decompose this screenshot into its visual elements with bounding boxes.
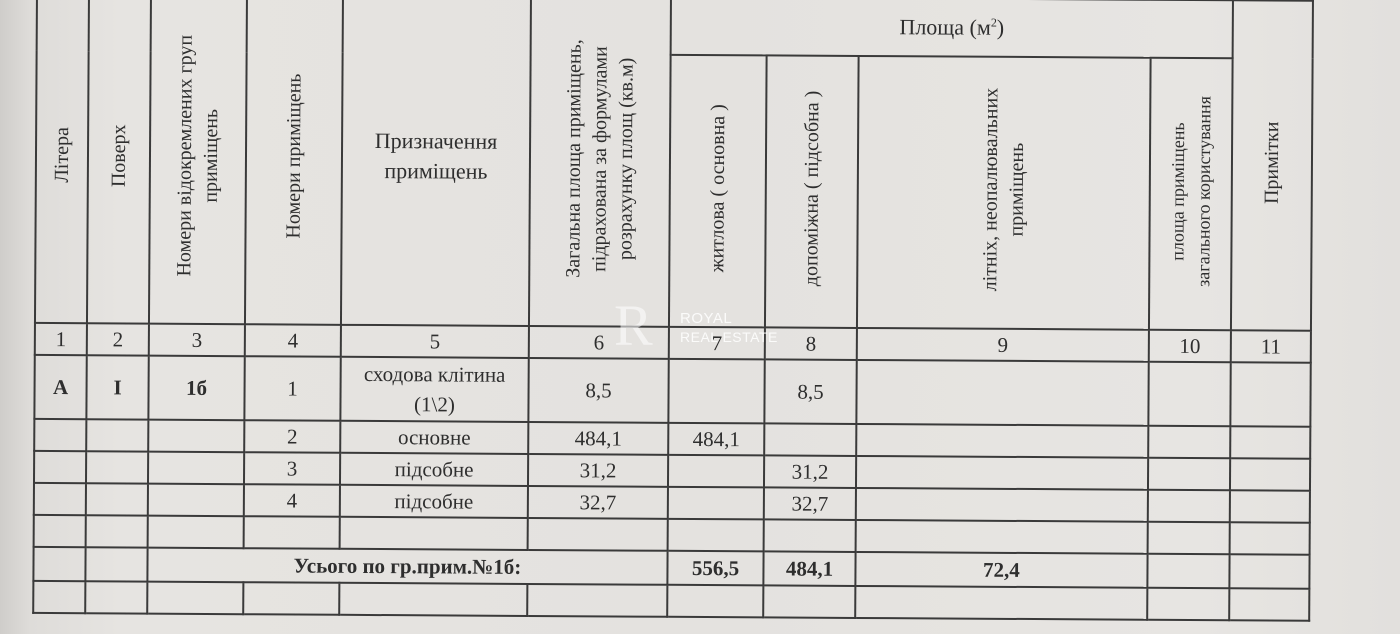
header-litera: Літера bbox=[35, 0, 89, 323]
cell-total: 32,7 bbox=[528, 486, 668, 519]
col-num: 7 bbox=[669, 327, 765, 360]
cell-empty bbox=[1229, 554, 1309, 588]
header-notes: Примітки bbox=[1231, 0, 1313, 330]
cell-notes bbox=[1230, 458, 1310, 490]
total-total-area: 556,5 bbox=[667, 551, 763, 586]
cell-empty bbox=[763, 585, 855, 618]
cell-notes bbox=[1230, 426, 1310, 458]
cell-floor bbox=[86, 515, 148, 547]
cell-empty bbox=[1229, 588, 1309, 620]
cell-empty bbox=[243, 582, 339, 615]
col-num: 3 bbox=[149, 324, 245, 357]
col-num: 5 bbox=[341, 325, 529, 358]
cell-common bbox=[1148, 522, 1230, 555]
cell-litera bbox=[34, 515, 86, 547]
cell-empty bbox=[667, 585, 763, 618]
cell-floor: I bbox=[86, 355, 148, 419]
cell-litera: А bbox=[34, 355, 86, 419]
cell-summer bbox=[856, 488, 1148, 522]
cell-common bbox=[1148, 490, 1230, 523]
cell-total bbox=[528, 518, 668, 551]
cell-notes bbox=[1230, 490, 1310, 522]
cell-empty bbox=[85, 547, 147, 581]
cell-litera bbox=[34, 483, 86, 515]
cell-living bbox=[668, 519, 764, 552]
cell-summer bbox=[856, 360, 1148, 426]
cell-empty bbox=[147, 582, 243, 615]
total-living-area: 484,1 bbox=[763, 551, 855, 586]
header-living: житлова ( основна ) bbox=[669, 55, 767, 328]
cell-auxiliary: 32,7 bbox=[764, 487, 856, 520]
cell-floor bbox=[86, 483, 148, 515]
cell-purpose: підсобне bbox=[340, 453, 528, 486]
total-label: Усього по гр.прим.№1б: bbox=[147, 548, 667, 585]
table-row: А I 1б 1 сходова клітина (1\2) 8,5 8,5 bbox=[34, 355, 1310, 427]
cell-total: 8,5 bbox=[528, 358, 668, 423]
cell-living bbox=[668, 359, 764, 424]
cell-empty bbox=[339, 583, 527, 616]
col-num: 4 bbox=[245, 324, 341, 357]
cell-floor bbox=[86, 451, 148, 483]
cell-empty bbox=[855, 586, 1147, 620]
cell-purpose bbox=[340, 517, 528, 550]
col-num: 10 bbox=[1149, 330, 1231, 363]
cell-room: 3 bbox=[244, 452, 340, 485]
cell-auxiliary bbox=[764, 519, 856, 552]
col-num: 2 bbox=[87, 323, 149, 355]
cell-living bbox=[668, 487, 764, 520]
header-total-area: Загальна площа приміщень, підрахована за… bbox=[529, 0, 671, 327]
cell-group: 1б bbox=[148, 356, 244, 421]
header-auxiliary: допоміжна ( підсобна ) bbox=[765, 55, 859, 328]
cell-summer bbox=[856, 520, 1148, 554]
cell-litera bbox=[34, 419, 86, 451]
cell-summer bbox=[856, 456, 1148, 490]
cell-group bbox=[148, 484, 244, 517]
cell-purpose: основне bbox=[340, 421, 528, 454]
cell-total: 484,1 bbox=[528, 422, 668, 455]
cell-common bbox=[1148, 426, 1230, 459]
cell-living bbox=[668, 455, 764, 488]
cell-living: 484,1 bbox=[668, 423, 764, 456]
header-group-numbers: Номери відокремлених груп приміщень bbox=[149, 0, 247, 324]
cell-floor bbox=[86, 419, 148, 451]
cell-group bbox=[148, 452, 244, 485]
cell-common bbox=[1148, 458, 1230, 491]
header-row-top: Літера Поверх Номери відокремлених груп … bbox=[37, 0, 1313, 59]
explication-table: Літера Поверх Номери відокремлених груп … bbox=[32, 0, 1314, 622]
cell-summer bbox=[856, 424, 1148, 458]
total-auxiliary-area: 72,4 bbox=[855, 552, 1147, 588]
cell-total: 31,2 bbox=[528, 454, 668, 487]
cell-empty bbox=[527, 584, 667, 617]
header-area-group: Площа (м2) bbox=[671, 0, 1233, 58]
scanned-document: Літера Поверх Номери відокремлених груп … bbox=[0, 0, 1400, 634]
col-num: 9 bbox=[857, 328, 1149, 362]
col-num: 8 bbox=[765, 327, 857, 360]
header-room-numbers: Номери приміщень bbox=[245, 0, 343, 325]
cell-litera bbox=[34, 451, 86, 483]
cell-empty bbox=[85, 581, 147, 613]
cell-group bbox=[148, 516, 244, 549]
col-num: 11 bbox=[1231, 330, 1311, 362]
col-num: 6 bbox=[529, 326, 669, 359]
cell-room: 4 bbox=[244, 484, 340, 517]
cell-room: 1 bbox=[244, 356, 340, 421]
cell-empty bbox=[33, 547, 85, 581]
table-row-empty bbox=[33, 581, 1309, 621]
col-num: 1 bbox=[35, 323, 87, 355]
cell-purpose: сходова клітина (1\2) bbox=[340, 357, 528, 422]
cell-purpose: підсобне bbox=[340, 485, 528, 518]
header-common: площа приміщень загального користування bbox=[1149, 58, 1233, 330]
cell-auxiliary: 31,2 bbox=[764, 455, 856, 488]
cell-empty bbox=[1147, 554, 1229, 589]
cell-group bbox=[148, 420, 244, 453]
cell-notes bbox=[1230, 522, 1310, 554]
cell-empty bbox=[33, 581, 85, 613]
header-floor: Поверх bbox=[87, 0, 151, 324]
cell-empty bbox=[1147, 588, 1229, 621]
cell-room: 2 bbox=[244, 420, 340, 453]
cell-common bbox=[1148, 362, 1230, 426]
cell-room bbox=[244, 516, 340, 549]
cell-auxiliary: 8,5 bbox=[764, 359, 856, 424]
header-purpose: Призначення приміщень bbox=[341, 0, 531, 326]
cell-auxiliary bbox=[764, 423, 856, 456]
cell-notes bbox=[1230, 362, 1310, 426]
header-summer: літніх, неопалювальних приміщень bbox=[857, 56, 1151, 330]
